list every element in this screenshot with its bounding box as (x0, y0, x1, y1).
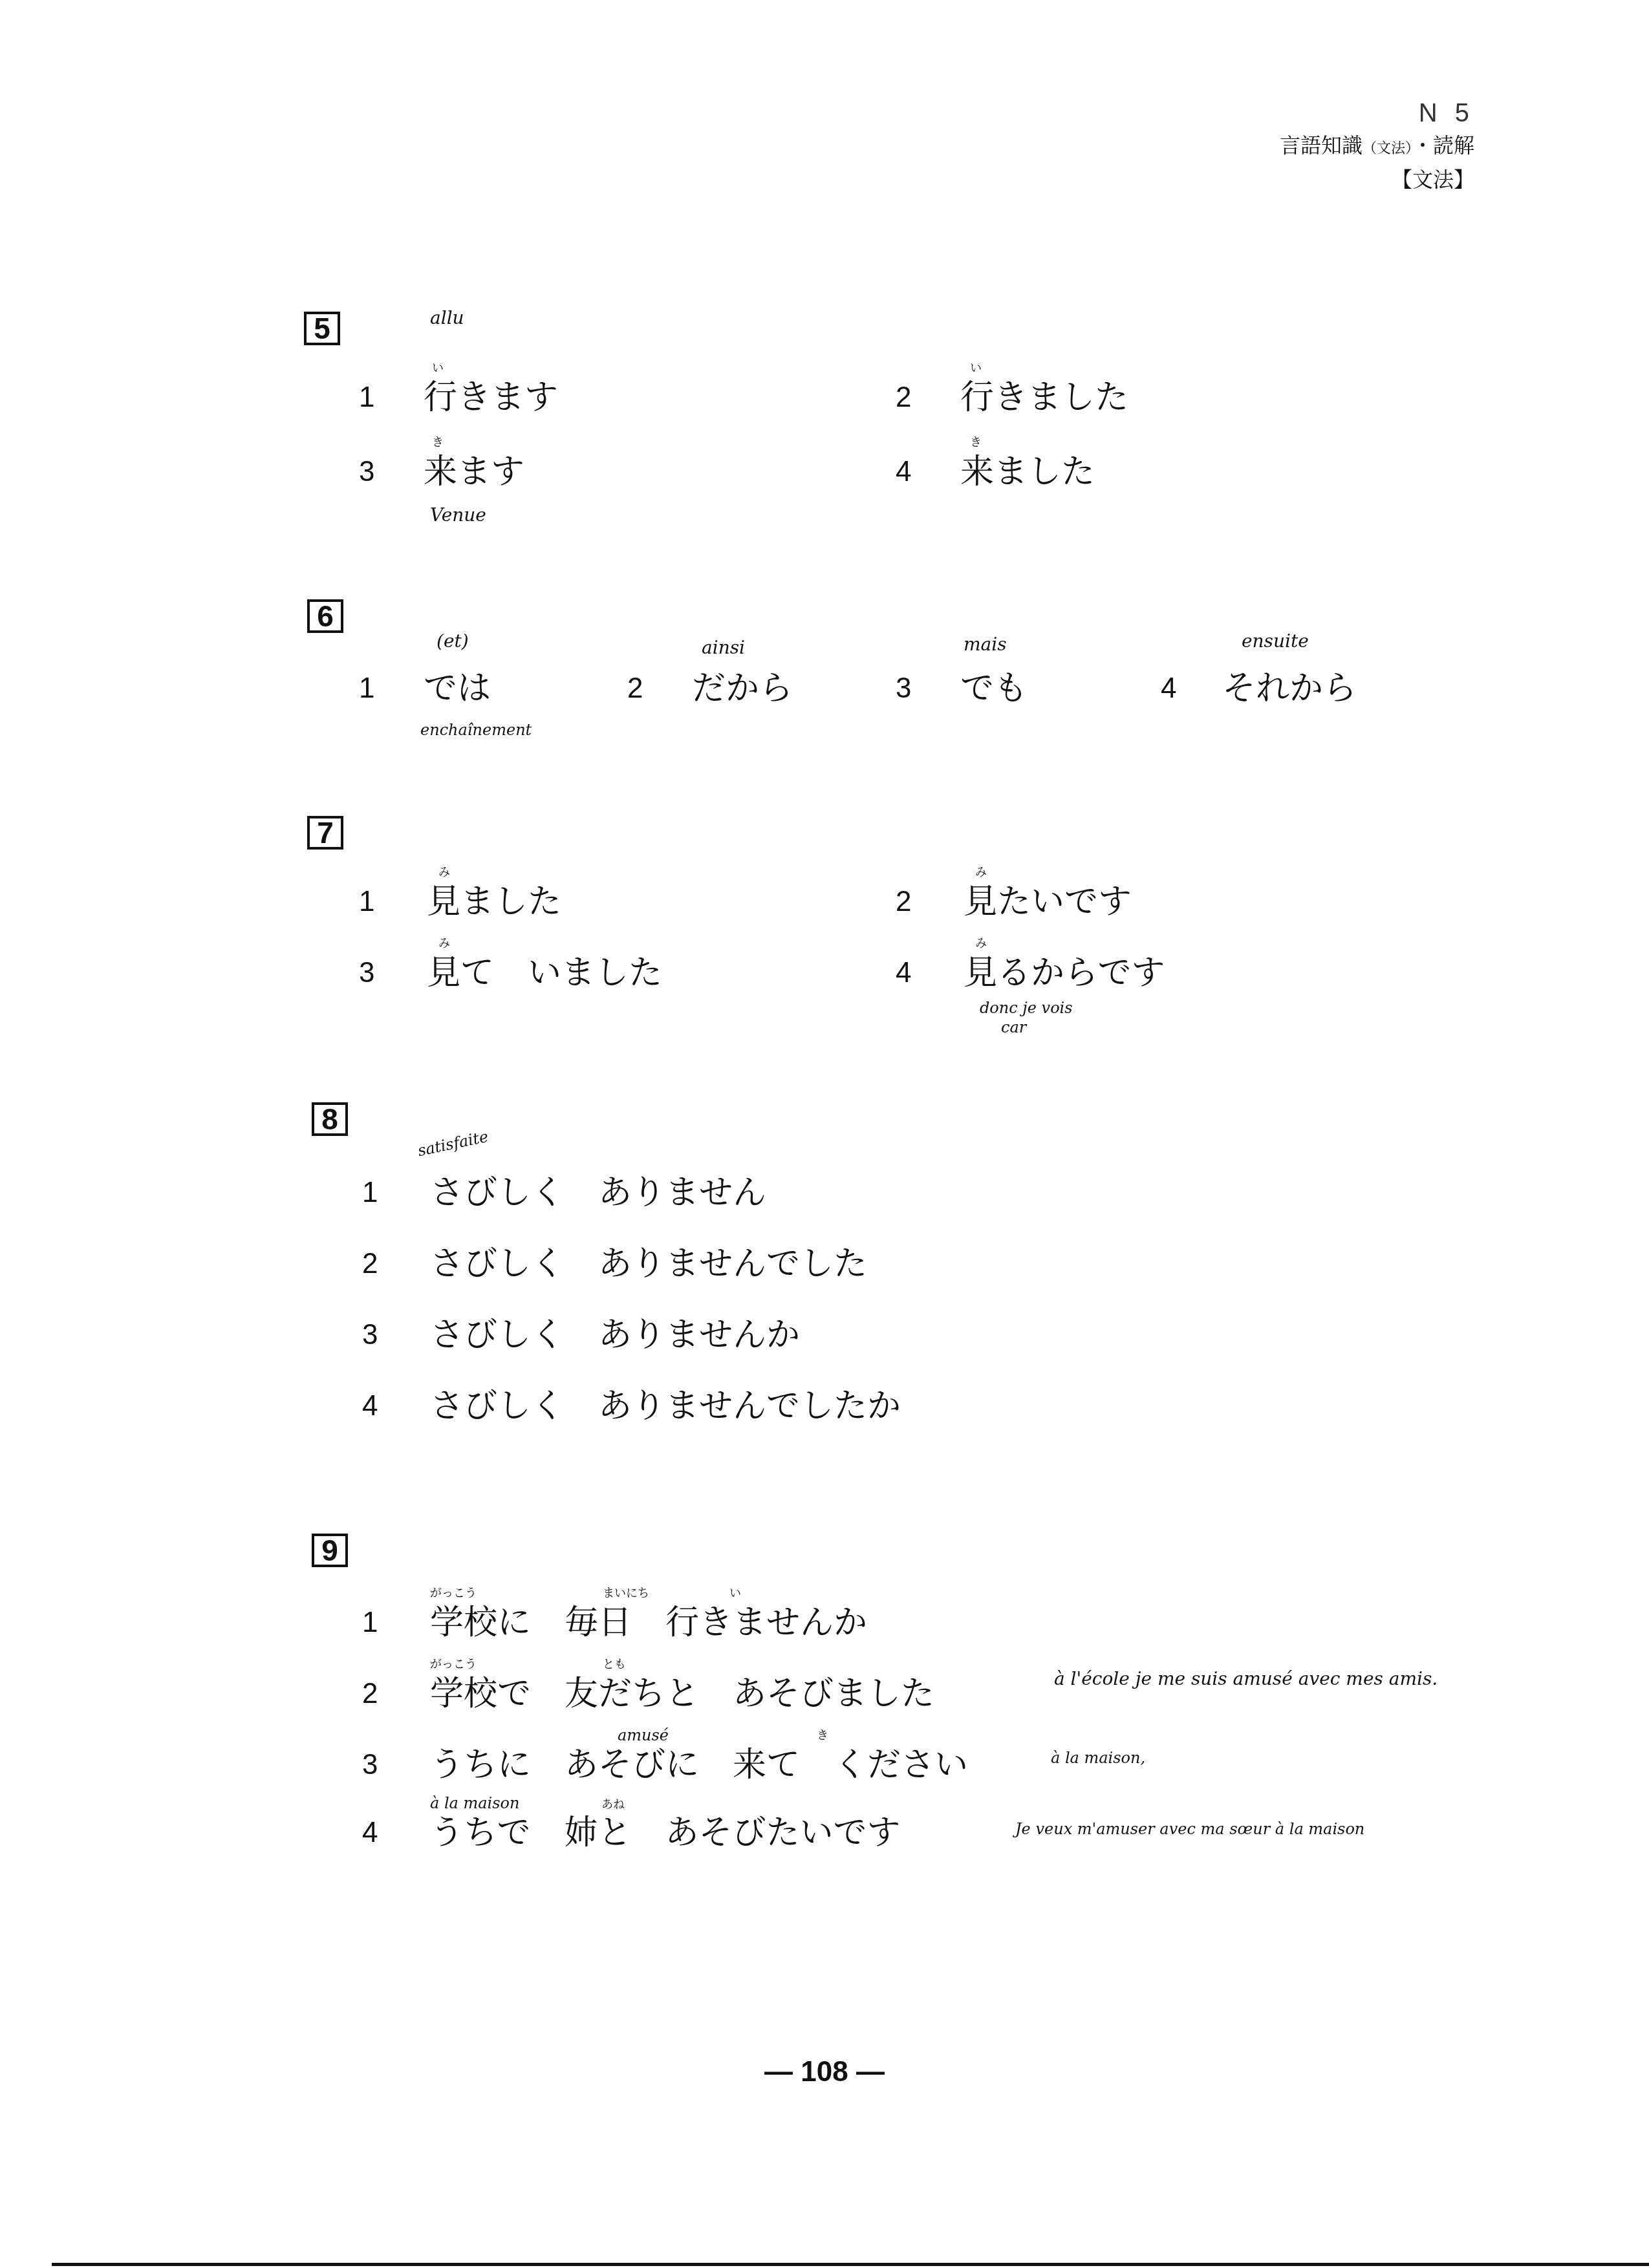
option-number: 3 (362, 1316, 378, 1354)
option-number: 1 (362, 1603, 378, 1642)
option-6-2[interactable]: だから (692, 669, 793, 708)
handwritten-note: donc je vois (980, 999, 1073, 1017)
furigana: い (432, 362, 444, 375)
furigana: み (438, 866, 450, 879)
option-8-2[interactable]: さびしく ありませんでした (430, 1245, 867, 1283)
option-7-3[interactable]: 見て いました (427, 954, 662, 992)
furigana: き (970, 436, 982, 449)
furigana: み (975, 866, 987, 879)
furigana: まいにち (603, 1587, 649, 1600)
option-number: 2 (362, 1245, 378, 1283)
option-5-3[interactable]: 来ます (424, 453, 524, 491)
option-7-2[interactable]: 見たいです (964, 883, 1132, 921)
handwritten-note: allu (430, 307, 464, 328)
handwritten-note: ainsi (702, 637, 745, 658)
handwritten-note: car (1001, 1018, 1026, 1036)
furigana: あね (601, 1799, 625, 1812)
handwritten-note: enchaînement (420, 721, 532, 739)
option-8-4[interactable]: さびしく ありませんでしたか (430, 1387, 901, 1426)
option-number: 3 (896, 669, 911, 708)
option-number: 2 (627, 669, 643, 708)
handwritten-note: amusé (618, 1726, 669, 1744)
option-number: 4 (362, 1387, 378, 1426)
option-5-1[interactable]: 行きます (424, 378, 558, 417)
option-number: 4 (896, 954, 911, 992)
handwritten-note: à la maison, (1051, 1749, 1145, 1767)
level-label: N 5 (1280, 97, 1474, 129)
question-number-6: 6 (307, 599, 343, 633)
furigana: み (975, 937, 987, 950)
option-number: 2 (362, 1674, 378, 1713)
question-number-8: 8 (312, 1102, 348, 1136)
handwritten-note: à la maison (430, 1794, 520, 1812)
option-number: 3 (362, 1746, 378, 1784)
option-6-4[interactable]: それから (1222, 669, 1357, 708)
option-6-3[interactable]: でも (960, 669, 1028, 708)
question-number-5: 5 (304, 312, 340, 345)
furigana: み (438, 937, 450, 950)
option-5-4[interactable]: 来ました (960, 453, 1095, 491)
option-number: 1 (359, 883, 374, 921)
scan-edge-divider (52, 2263, 1649, 2266)
handwritten-note: (et) (436, 630, 469, 652)
option-7-1[interactable]: 見ました (427, 883, 561, 921)
handwritten-note: mais (964, 634, 1007, 655)
option-5-2[interactable]: 行きました (960, 378, 1128, 417)
section-title: 言語知識（文法）・読解 (1280, 129, 1474, 165)
page-number: — 108 — (0, 2056, 1649, 2088)
option-number: 2 (896, 378, 911, 417)
option-9-4[interactable]: うちで 姉と あそびたいです (430, 1813, 900, 1852)
option-number: 1 (359, 378, 374, 417)
furigana: き (432, 436, 444, 449)
option-number: 1 (362, 1173, 378, 1212)
option-6-1[interactable]: では (424, 669, 491, 708)
furigana: がっこう (430, 1658, 477, 1671)
option-8-3[interactable]: さびしく ありませんか (430, 1316, 800, 1354)
option-number: 3 (359, 453, 374, 491)
handwritten-note: satisfaite (416, 1128, 490, 1160)
furigana: い (970, 362, 982, 375)
option-9-1[interactable]: 学校に 毎日 行きませんか (430, 1603, 867, 1642)
handwritten-note: Je veux m'amuser avec ma sœur à la maiso… (1015, 1820, 1364, 1838)
option-number: 4 (1161, 669, 1176, 708)
furigana: とも (603, 1658, 626, 1671)
page-header: N 5 言語知識（文法）・読解 【文法】 (1280, 97, 1474, 195)
option-number: 2 (896, 883, 911, 921)
furigana: がっこう (430, 1587, 477, 1600)
furigana: い (729, 1587, 741, 1600)
furigana: き (817, 1729, 828, 1742)
option-8-1[interactable]: さびしく ありません (430, 1173, 766, 1212)
question-number-9: 9 (312, 1534, 348, 1567)
option-number: 4 (896, 453, 911, 491)
handwritten-note: ensuite (1242, 630, 1309, 652)
option-number: 1 (359, 669, 374, 708)
question-number-7: 7 (307, 816, 343, 850)
option-9-3[interactable]: うちに あそびに 来て ください (430, 1746, 968, 1784)
option-9-2[interactable]: 学校で 友だちと あそびました (430, 1674, 934, 1713)
option-number: 4 (362, 1813, 378, 1852)
subsection-title: 【文法】 (1280, 165, 1474, 195)
option-7-4[interactable]: 見るからです (964, 954, 1165, 992)
handwritten-note: à l'école je me suis amusé avec mes amis… (1054, 1668, 1438, 1689)
option-number: 3 (359, 954, 374, 992)
handwritten-note: Venue (430, 504, 486, 526)
